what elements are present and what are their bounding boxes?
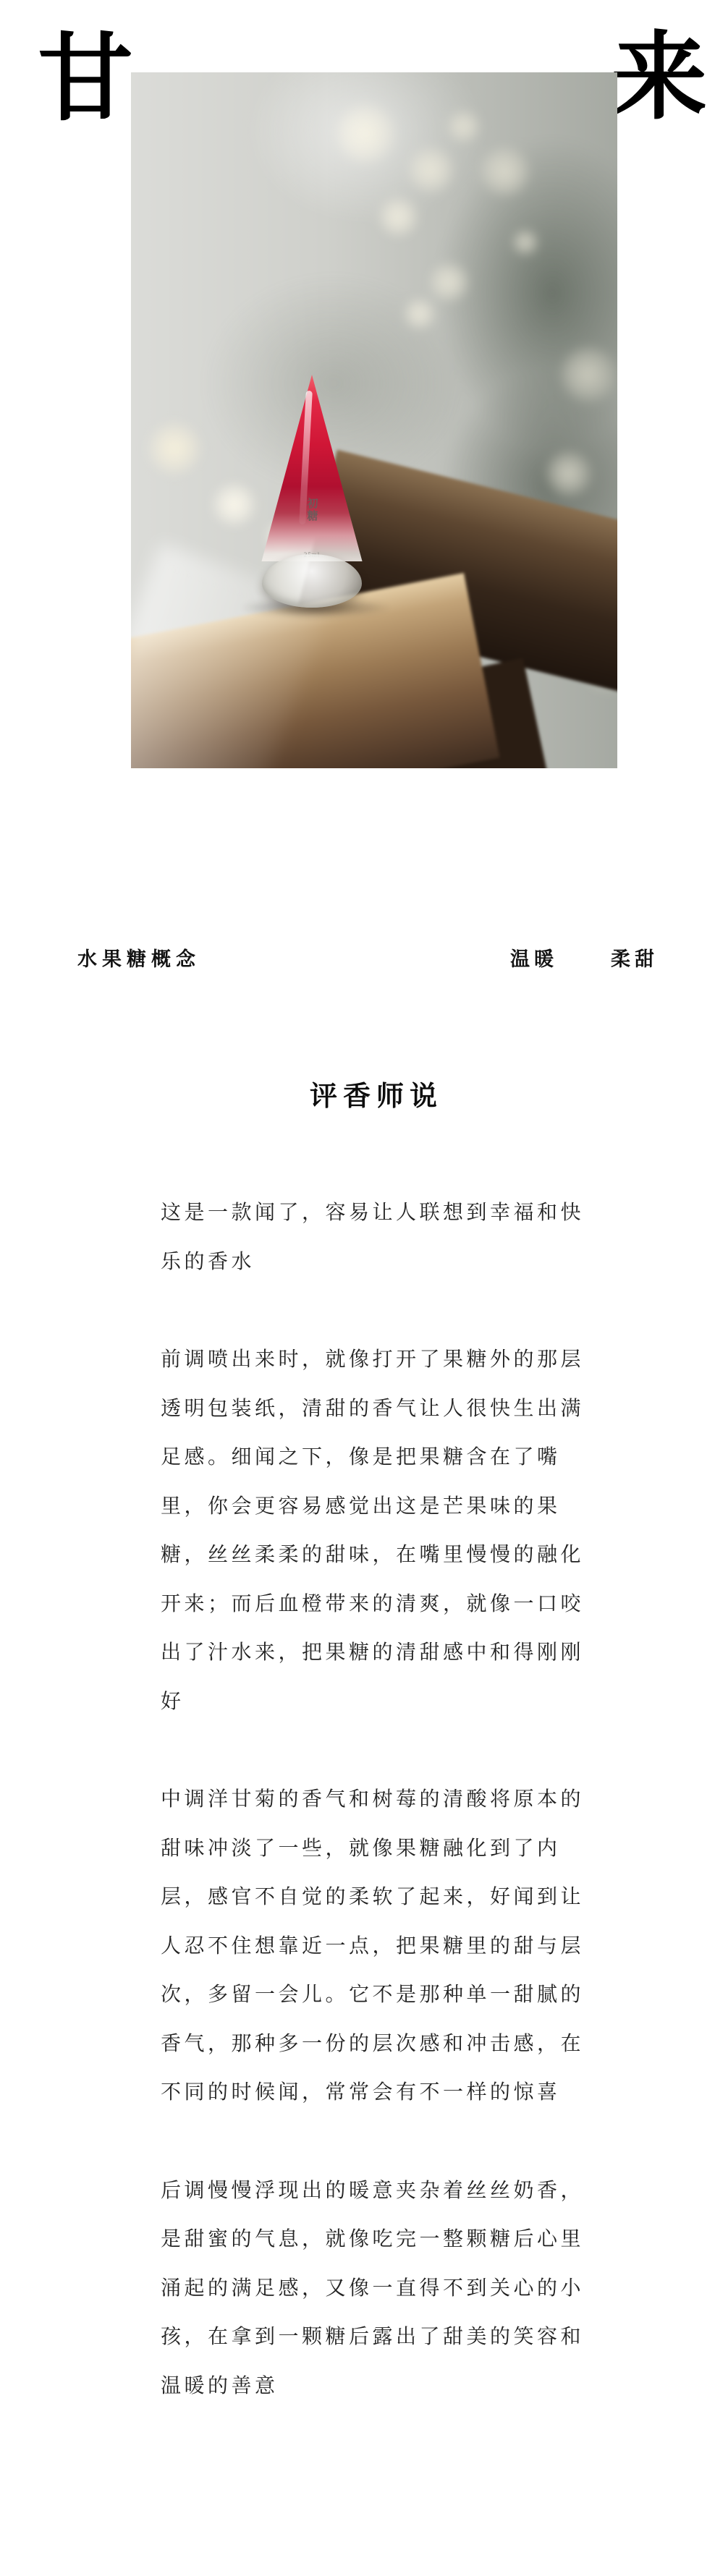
tag-group: 温暖 柔甜	[510, 947, 659, 972]
page-title-left: 甘	[38, 32, 133, 127]
bottle-glass-base	[262, 554, 362, 608]
page-title-right: 来	[612, 30, 707, 126]
review-paragraph-4: 后调慢慢浮现出的暖意夹杂着丝丝奶香，是甜蜜的气息，就像吃完一整颗糖后心里涌起的满…	[161, 2167, 592, 2411]
section-heading: 评香师说	[161, 1078, 592, 1116]
wood-railing	[131, 72, 617, 768]
concept-label: 水果糖概念	[77, 947, 200, 972]
bottle-label: 初糖 25ml	[293, 498, 331, 558]
tag-sweet: 柔甜	[611, 947, 659, 972]
bottle-label-text: 初糖	[305, 498, 320, 522]
review-paragraph-2: 前调喷出来时，就像打开了果糖外的那层透明包装纸，清甜的香气让人很快生出满足感。细…	[161, 1335, 592, 1726]
review-paragraph-3: 中调洋甘菊的香气和树莓的清酸将原本的甜味冲淡了一些，就像果糖融化到了内层，感官不…	[161, 1775, 592, 2117]
meta-row: 水果糖概念 温暖 柔甜	[77, 947, 659, 972]
page: 甘 来	[0, 0, 715, 2576]
tag-warm: 温暖	[510, 947, 558, 972]
review-paragraph-1: 这是一款闻了，容易让人联想到幸福和快乐的香水	[161, 1189, 592, 1286]
hero-photo: 初糖 25ml	[131, 72, 617, 768]
review-section: 评香师说 这是一款闻了，容易让人联想到幸福和快乐的香水 前调喷出来时，就像打开了…	[161, 1078, 592, 2410]
